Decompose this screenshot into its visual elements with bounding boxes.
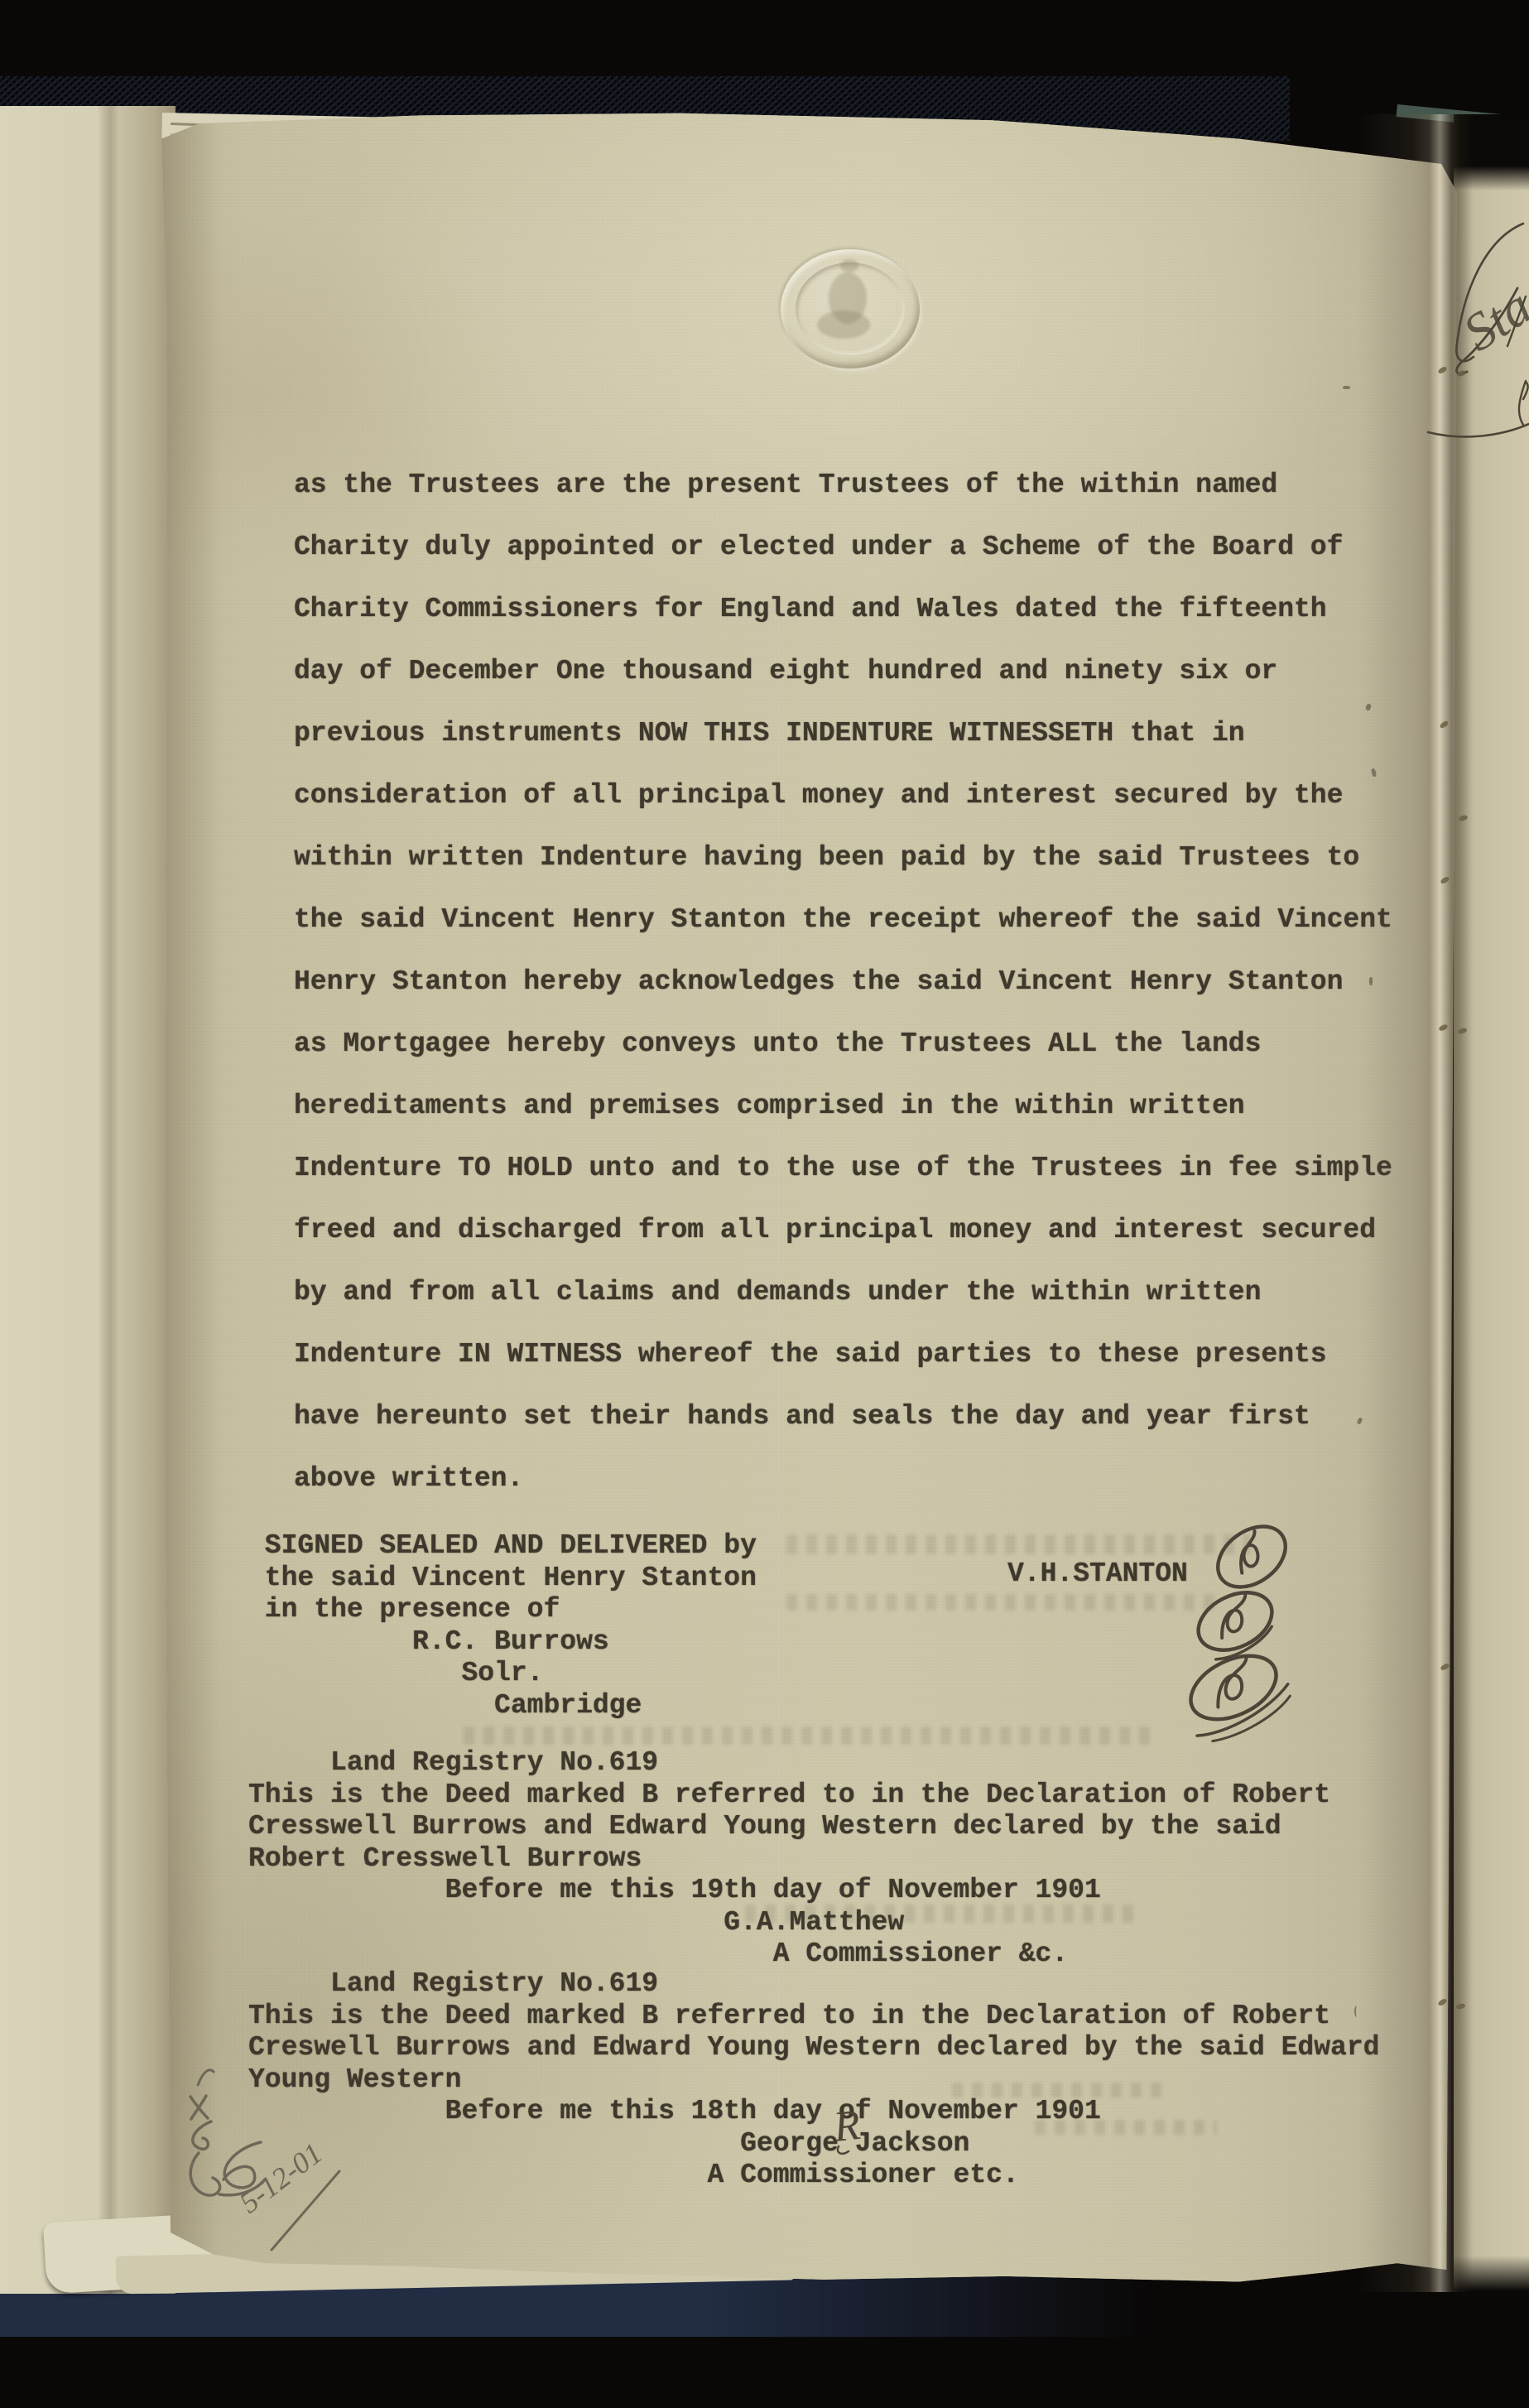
embossed-crest-seal-icon [781, 249, 920, 368]
seal-flourish-icon [1206, 1514, 1296, 1599]
attestation-block-2: Land Registry No.619 This is the Deed ma… [248, 1968, 1379, 2192]
ink-speck [1343, 386, 1350, 389]
typed-body-text: as the Trustees are the present Trustees… [294, 454, 1392, 1510]
book-photo: as the Trustees are the present Trustees… [0, 0, 1529, 2408]
page-stack-edge-left [0, 106, 175, 2294]
pencil-scribble [190, 2121, 219, 2195]
vh-stanton-typed-signature: V.H.STANTON [1007, 1558, 1188, 1590]
george-initial-letter: R [830, 2102, 863, 2151]
seal-crest-shape [817, 311, 870, 339]
attestation-block-1: Land Registry No.619 This is the Deed ma… [248, 1747, 1330, 1971]
corner-handwriting: Sta [1407, 190, 1529, 538]
seal-crown-shape [840, 259, 858, 272]
pencil-x-mark [190, 2096, 208, 2119]
bleedthrough-smudge [745, 1905, 1134, 1923]
page-left-shadow [161, 109, 219, 2294]
caret-mark [364, 1858, 377, 1866]
bleedthrough-smudge [952, 2083, 1167, 2097]
seal-flourish-icon [1173, 1641, 1298, 1751]
pencil-annotations: 5-12-01 [178, 2039, 410, 2287]
bleedthrough-smudge [1035, 2120, 1217, 2135]
document-page: as the Trustees are the present Trustees… [161, 109, 1459, 2294]
bleedthrough-smudge [786, 1594, 1217, 1611]
corner-script-letters: Sta [1453, 277, 1529, 363]
pencil-date: 5-12-01 [233, 2136, 329, 2220]
pencil-arrow-mark [198, 2070, 214, 2085]
signature-attestation-clause: SIGNED SEALED AND DELIVERED by the said … [248, 1530, 757, 1722]
handwritten-initial: R [824, 2103, 882, 2161]
bleedthrough-smudge [464, 1727, 1159, 1745]
bleedthrough-smudge [786, 1534, 1250, 1554]
